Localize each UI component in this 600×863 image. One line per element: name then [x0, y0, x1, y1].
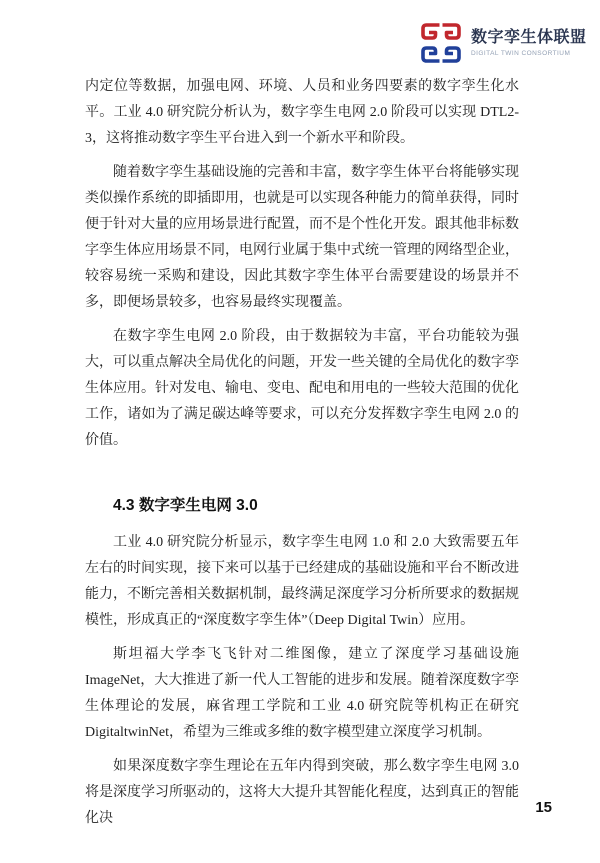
logo-subtitle: DIGITAL TWIN CONSORTIUM [471, 50, 587, 57]
body-paragraph: 在数字孪生电网 2.0 阶段，由于数据较为丰富，平台功能较为强大，可以重点解决全… [85, 324, 519, 454]
body-paragraph: 内定位等数据，加强电网、环境、人员和业务四要素的数字孪生化水平。工业 4.0 研… [85, 74, 519, 152]
body-paragraph: 斯坦福大学李飞飞针对二维图像，建立了深度学习基础设施 ImageNet，大大推进… [85, 642, 519, 746]
logo-text-block: 数字孪生体联盟 DIGITAL TWIN CONSORTIUM [471, 29, 587, 57]
consortium-logo: 数字孪生体联盟 DIGITAL TWIN CONSORTIUM [419, 21, 587, 65]
section-heading: 4.3 数字孪生电网 3.0 [85, 496, 519, 516]
digital-twin-logo-icon [419, 21, 463, 65]
page-number: 15 [535, 799, 552, 816]
body-paragraph: 随着数字孪生基础设施的完善和丰富，数字孪生体平台将能够实现类似操作系统的即插即用… [85, 160, 519, 316]
body-paragraph: 如果深度数字孪生理论在五年内得到突破，那么数字孪生电网 3.0 将是深度学习所驱… [85, 754, 519, 832]
document-body: 内定位等数据，加强电网、环境、人员和业务四要素的数字孪生化水平。工业 4.0 研… [85, 74, 519, 840]
logo-title: 数字孪生体联盟 [471, 29, 587, 47]
body-paragraph: 工业 4.0 研究院分析显示，数字孪生电网 1.0 和 2.0 大致需要五年左右… [85, 530, 519, 634]
document-page: 数字孪生体联盟 DIGITAL TWIN CONSORTIUM 内定位等数据，加… [0, 0, 600, 863]
